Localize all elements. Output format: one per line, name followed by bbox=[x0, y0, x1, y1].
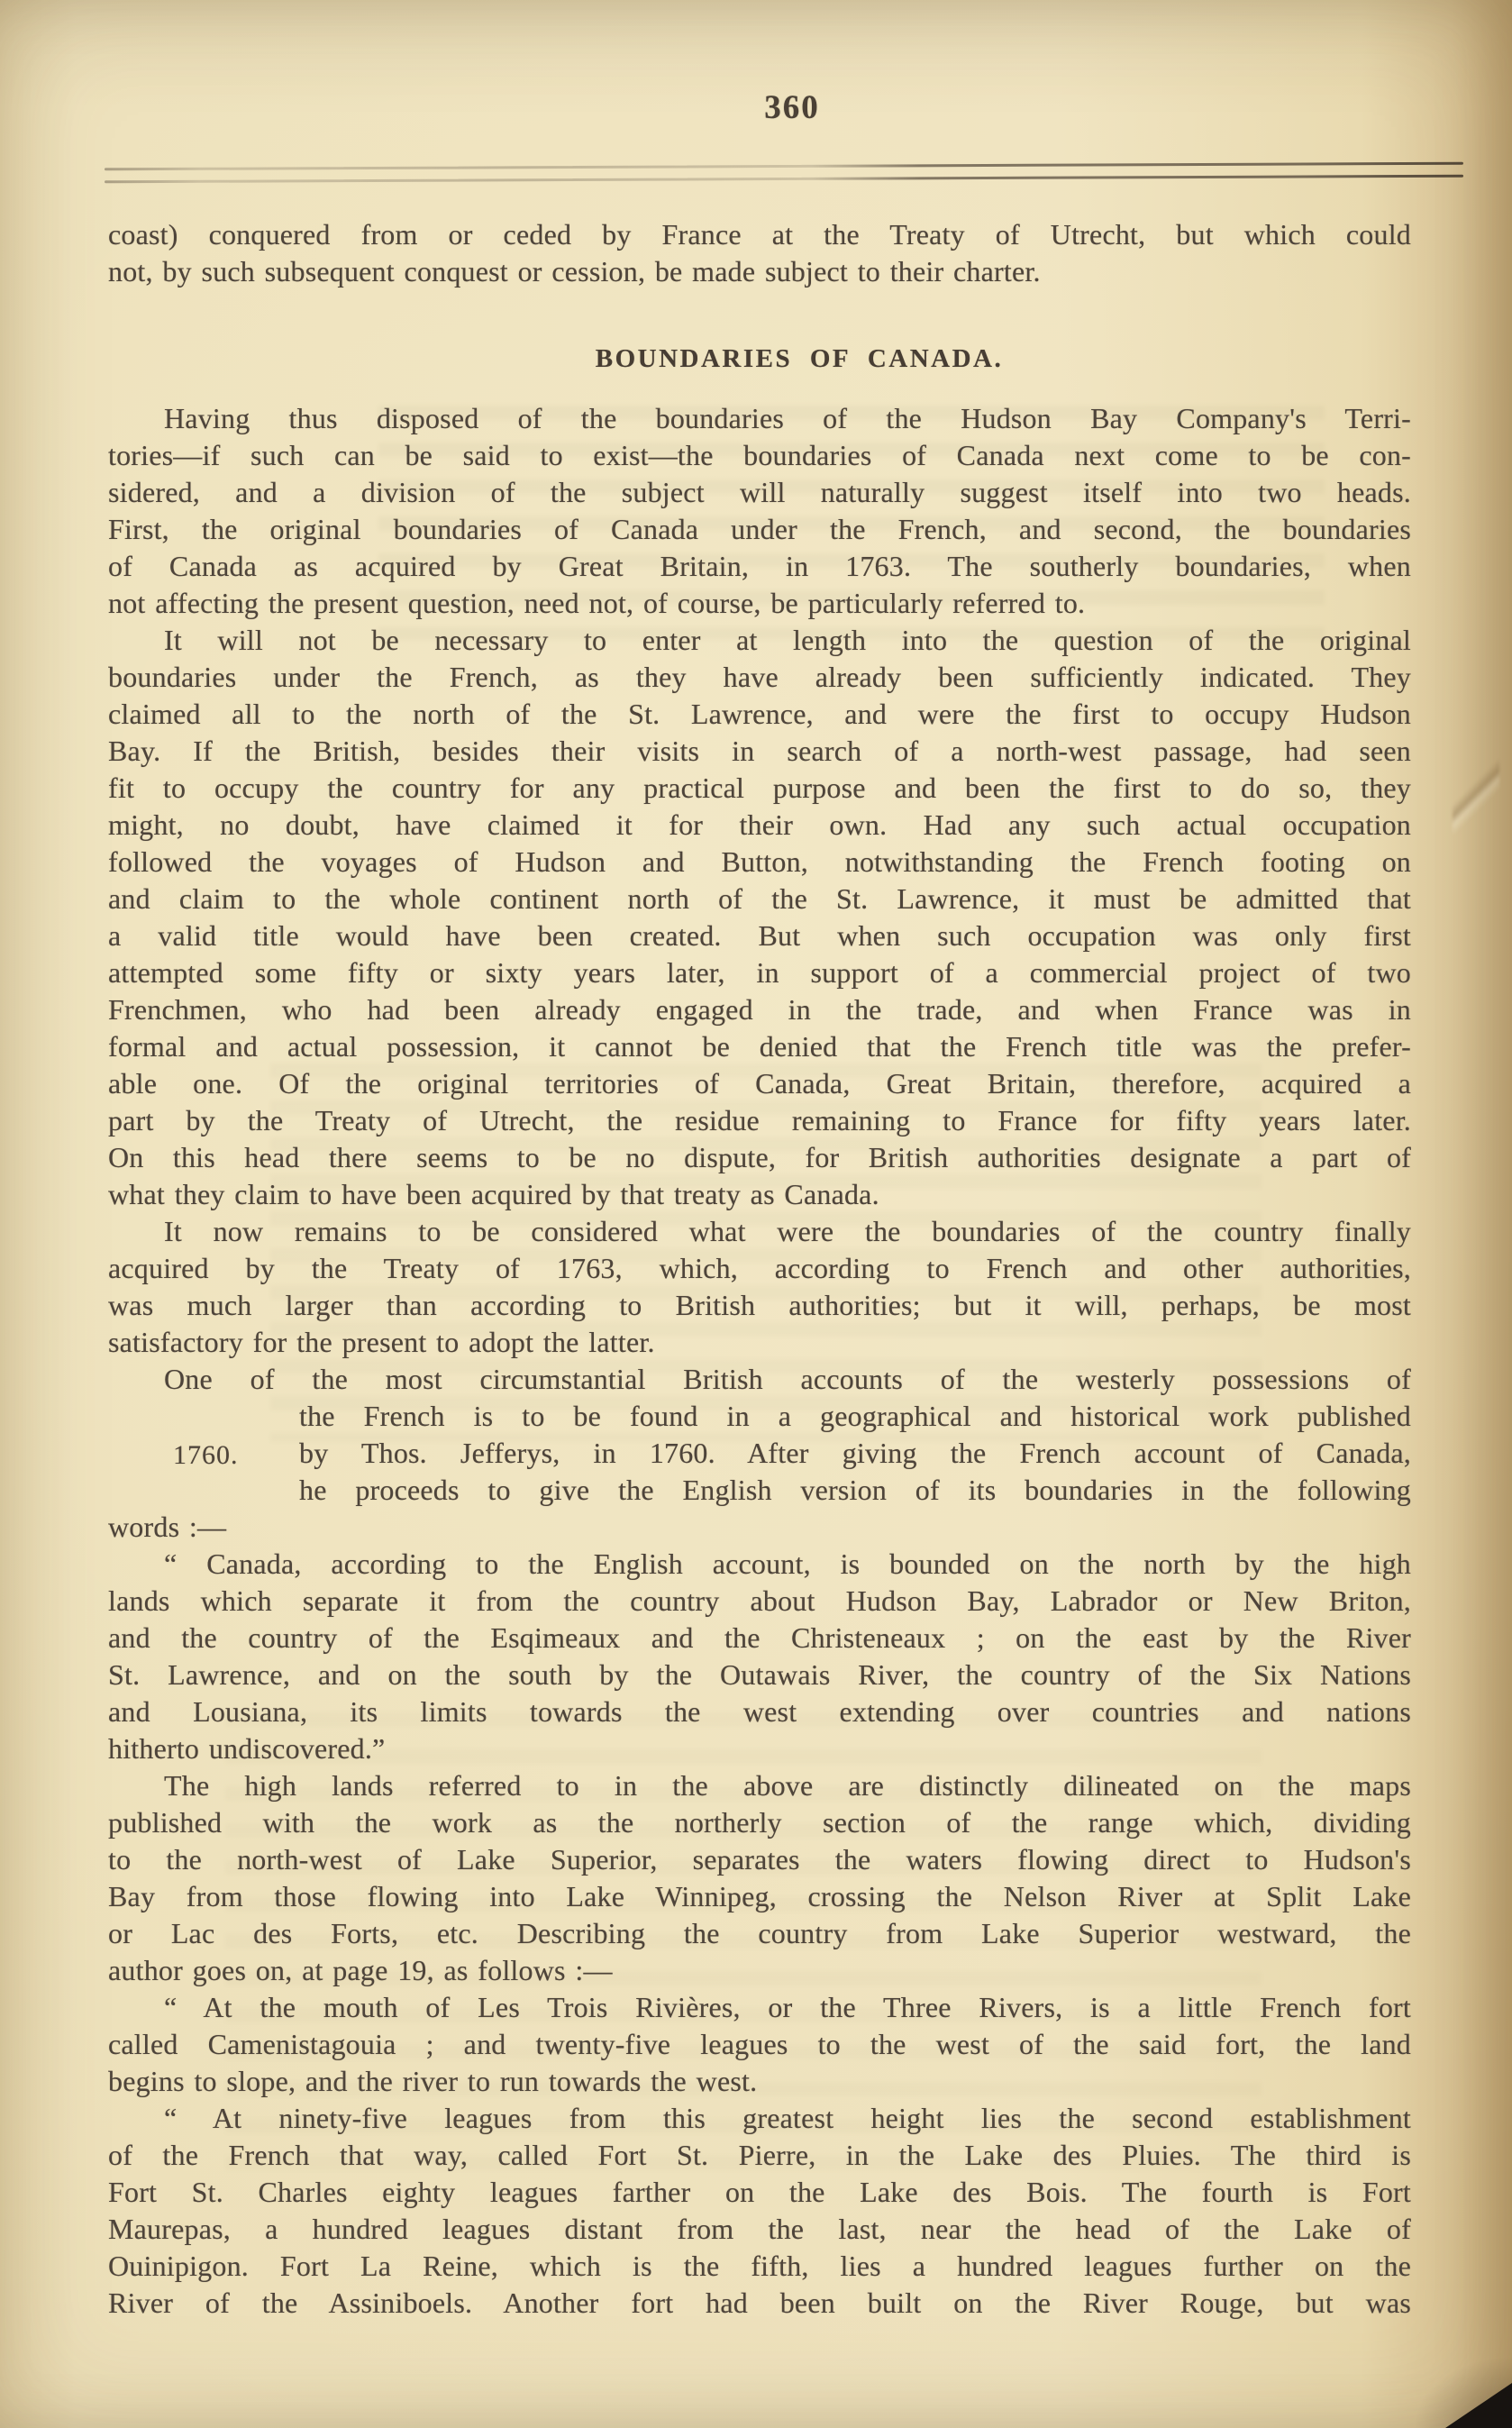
text-line: part by the Treaty of Utrecht, the resid… bbox=[108, 1102, 1411, 1139]
text-line: author goes on, at page 19, as follows :… bbox=[108, 1952, 1411, 1989]
text-line: and Lousiana, its limits towards the wes… bbox=[108, 1693, 1411, 1730]
text-line: of the French that way, called Fort St. … bbox=[108, 2137, 1411, 2174]
quote-canada-bounds: “ Canada, according to the English accou… bbox=[108, 1546, 1411, 1767]
text-line: attempted some fifty or sixty years late… bbox=[108, 954, 1411, 991]
text-line: not, by such subsequent conquest or cess… bbox=[108, 253, 1411, 290]
paragraph-continuation: coast) conquered from or ceded by France… bbox=[108, 216, 1411, 290]
rule-line-top bbox=[105, 162, 1463, 171]
section-heading: BOUNDARIES OF CANADA. bbox=[148, 341, 1451, 377]
text-line: and the country of the Esqimeaux and the… bbox=[108, 1620, 1411, 1657]
text-line: coast) conquered from or ceded by France… bbox=[108, 216, 1411, 253]
text-line: formal and actual possession, it cannot … bbox=[108, 1028, 1411, 1065]
quote-trois-rivieres: “ At the mouth of Les Trois Rivières, or… bbox=[108, 1989, 1411, 2100]
text-line: First, the original boundaries of Canada… bbox=[108, 511, 1411, 548]
paragraph-now-remains: It now remains to be considered what wer… bbox=[108, 1213, 1411, 1361]
text-line: It will not be necessary to enter at len… bbox=[108, 622, 1411, 659]
margin-year-note: 1760. bbox=[173, 1437, 281, 1474]
double-rule bbox=[105, 162, 1463, 184]
text-line: begins to slope, and the river to run to… bbox=[108, 2063, 1411, 2100]
text-line: might, no doubt, have claimed it for the… bbox=[108, 807, 1411, 844]
text-line: Bay. If the British, besides their visit… bbox=[108, 733, 1411, 770]
text-line: by Thos. Jefferys, in 1760. After giving… bbox=[299, 1435, 1411, 1472]
text-line: Fort St. Charles eighty leagues farther … bbox=[108, 2174, 1411, 2211]
text-line: not affecting the present question, need… bbox=[108, 585, 1411, 622]
paragraph-not-necessary: It will not be necessary to enter at len… bbox=[108, 622, 1411, 1213]
quote-ninety-five-leagues: “ At ninety-five leagues from this great… bbox=[108, 2100, 1411, 2322]
paragraph-high-lands: The high lands referred to in the above … bbox=[108, 1767, 1411, 1989]
text-line: It now remains to be considered what wer… bbox=[108, 1213, 1411, 1250]
text-line: fit to occupy the country for any practi… bbox=[108, 770, 1411, 807]
text-line: One of the most circumstantial British a… bbox=[108, 1361, 1411, 1398]
text-line: Maurepas, a hundred leagues distant from… bbox=[108, 2211, 1411, 2248]
text-line: sidered, and a division of the subject w… bbox=[108, 474, 1411, 511]
text-line: claimed all to the north of the St. Lawr… bbox=[108, 696, 1411, 733]
scan-corner-black bbox=[1445, 2383, 1512, 2428]
text-line: Frenchmen, who had been already engaged … bbox=[108, 991, 1411, 1028]
text-line: “ Canada, according to the English accou… bbox=[108, 1546, 1411, 1583]
text-line: Ouinipigon. Fort La Reine, which is the … bbox=[108, 2248, 1411, 2285]
page-crease bbox=[1453, 744, 1499, 843]
text-line: the French is to be found in a geographi… bbox=[299, 1398, 1411, 1435]
text-line: of Canada as acquired by Great Britain, … bbox=[108, 548, 1411, 585]
text-line: “ At ninety-five leagues from this great… bbox=[108, 2100, 1411, 2137]
text-line: followed the voyages of Hudson and Butto… bbox=[108, 844, 1411, 881]
text-line: hitherto undiscovered.” bbox=[108, 1730, 1411, 1767]
text-line: St. Lawrence, and on the south by the Ou… bbox=[108, 1657, 1411, 1693]
text-line: The high lands referred to in the above … bbox=[108, 1767, 1411, 1804]
scanned-book-page: 360 coast) conquered from or ceded by Fr… bbox=[0, 0, 1512, 2428]
text-line: and claim to the whole continent north o… bbox=[108, 881, 1411, 917]
text-line: River of the Assiniboels. Another fort h… bbox=[108, 2285, 1411, 2322]
text-line: acquired by the Treaty of 1763, which, a… bbox=[108, 1250, 1411, 1287]
text-line: lands which separate it from the country… bbox=[108, 1583, 1411, 1620]
text-line: satisfactory for the present to adopt th… bbox=[108, 1324, 1411, 1361]
text-line: able one. Of the original territories of… bbox=[108, 1065, 1411, 1102]
text-line: called Camenistagouia ; and twenty-five … bbox=[108, 2026, 1411, 2063]
page-number: 360 bbox=[36, 88, 1512, 127]
text-line: On this head there seems to be no disput… bbox=[108, 1139, 1411, 1176]
paragraph-having-disposed: Having thus disposed of the boundaries o… bbox=[108, 400, 1411, 622]
text-line: was much larger than according to Britis… bbox=[108, 1287, 1411, 1324]
paragraph-jefferys-account: 1760. One of the most circumstantial Bri… bbox=[108, 1361, 1411, 1546]
text-line: Having thus disposed of the boundaries o… bbox=[108, 400, 1411, 437]
text-line: published with the work as the northerly… bbox=[108, 1804, 1411, 1841]
page-content: coast) conquered from or ceded by France… bbox=[108, 216, 1411, 2322]
text-line: boundaries under the French, as they hav… bbox=[108, 659, 1411, 696]
text-line: a valid title would have been created. B… bbox=[108, 917, 1411, 954]
text-line: what they claim to have been acquired by… bbox=[108, 1176, 1411, 1213]
text-line: he proceeds to give the English version … bbox=[299, 1472, 1411, 1509]
text-line: Bay from those flowing into Lake Winnipe… bbox=[108, 1878, 1411, 1915]
text-line: or Lac des Forts, etc. Describing the co… bbox=[108, 1915, 1411, 1952]
text-line: tories—if such can be said to exist—the … bbox=[108, 437, 1411, 474]
text-line: to the north-west of Lake Superior, sepa… bbox=[108, 1841, 1411, 1878]
text-line: words :— bbox=[108, 1509, 1411, 1546]
rule-line-bottom bbox=[105, 175, 1463, 184]
text-line: “ At the mouth of Les Trois Rivières, or… bbox=[108, 1989, 1411, 2026]
